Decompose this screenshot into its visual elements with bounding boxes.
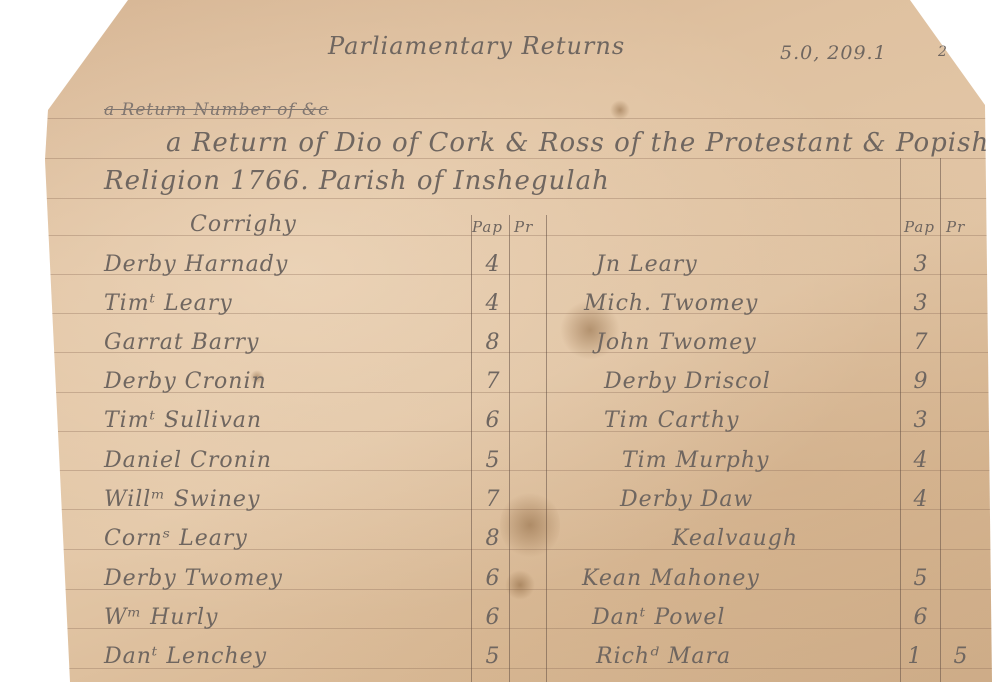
left-entry-pap: 4	[478, 252, 508, 277]
right-pap-header: Pap	[904, 218, 935, 236]
townland-heading: Corrighy	[190, 212, 297, 237]
right-entry-name: Danᵗ Powel	[592, 605, 725, 630]
stain	[500, 490, 560, 560]
left-pap-header: Pap	[472, 218, 503, 236]
right-entry-pr: 5	[946, 644, 976, 669]
corner-mark: 2	[938, 44, 948, 60]
ruled-line	[0, 158, 1000, 159]
left-entry-pap: 4	[478, 291, 508, 316]
column-divider	[471, 215, 472, 682]
right-entry-pap: 1	[900, 644, 930, 669]
right-entry-pap: 3	[906, 252, 936, 277]
document-page: Parliamentary Returns 5.0, 209.1 2 a Ret…	[0, 0, 1000, 682]
left-entry-name: Garrat Barry	[104, 330, 259, 355]
right-entry-pap: 9	[906, 369, 936, 394]
right-entry-pap: 4	[906, 487, 936, 512]
left-entry-pap: 7	[478, 487, 508, 512]
left-entry-pap: 5	[478, 448, 508, 473]
left-entry-pap: 7	[478, 369, 508, 394]
left-pr-header: Pr	[514, 218, 533, 236]
column-divider	[940, 158, 941, 682]
stain	[610, 100, 630, 120]
left-entry-name: Willᵐ Swiney	[104, 487, 260, 512]
left-entry-name: Danᵗ Lenchey	[104, 644, 267, 669]
right-entry-name: Kealvaugh	[672, 526, 798, 551]
left-entry-name: Derby Harnady	[104, 252, 288, 277]
left-entry-pap: 6	[478, 605, 508, 630]
left-entry-name: Timᵗ Leary	[104, 291, 233, 316]
right-entry-pap: 7	[906, 330, 936, 355]
reference-number: 5.0, 209.1	[780, 42, 887, 64]
return-heading-line-2: Religion 1766. Parish of Inshegulah	[104, 166, 610, 196]
right-entry-pap: 5	[906, 566, 936, 591]
column-divider	[900, 158, 901, 682]
right-entry-name: Jn Leary	[596, 252, 698, 277]
right-entry-pap: 6	[906, 605, 936, 630]
right-entry-pap: 4	[906, 448, 936, 473]
left-entry-pap: 6	[478, 566, 508, 591]
right-entry-name: Tim Carthy	[604, 408, 739, 433]
right-entry-name: Derby Daw	[620, 487, 753, 512]
left-entry-name: Cornˢ Leary	[104, 526, 248, 551]
right-entry-name: Richᵈ Mara	[596, 644, 731, 669]
right-entry-name: Mich. Twomey	[584, 291, 758, 316]
left-entry-pap: 8	[478, 330, 508, 355]
ruled-line	[0, 198, 1000, 199]
right-entry-pap: 3	[906, 291, 936, 316]
right-entry-pap: 3	[906, 408, 936, 433]
stain	[505, 570, 535, 600]
right-entry-name: Tim Murphy	[622, 448, 769, 473]
left-entry-name: Derby Cronin	[104, 369, 267, 394]
left-entry-pap: 5	[478, 644, 508, 669]
column-divider	[546, 215, 547, 682]
left-entry-name: Derby Twomey	[104, 566, 283, 591]
right-pr-header: Pr	[946, 218, 965, 236]
left-entry-name: Daniel Cronin	[104, 448, 272, 473]
right-entry-name: Kean Mahoney	[582, 566, 760, 591]
left-entry-pap: 6	[478, 408, 508, 433]
right-entry-name: John Twomey	[596, 330, 757, 355]
return-heading-line-1: a Return of Dio of Cork & Ross of the Pr…	[166, 128, 989, 158]
column-divider	[509, 215, 510, 682]
document-title: Parliamentary Returns	[328, 32, 625, 60]
right-entry-name: Derby Driscol	[604, 369, 771, 394]
left-entry-pap: 8	[478, 526, 508, 551]
left-entry-name: Timᵗ Sullivan	[104, 408, 262, 433]
struck-out-heading: a Return Number of &c	[104, 100, 329, 120]
left-entry-name: Wᵐ Hurly	[104, 605, 218, 630]
